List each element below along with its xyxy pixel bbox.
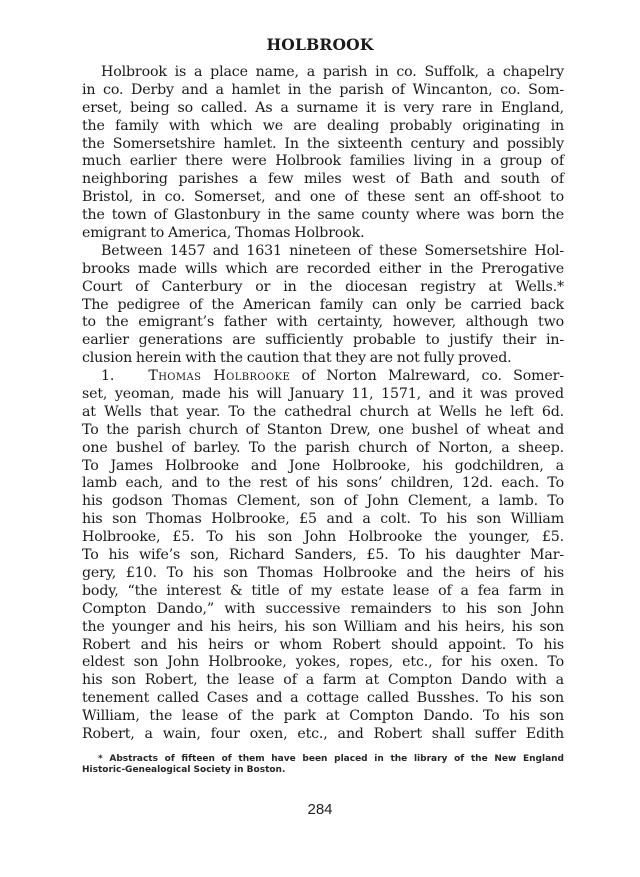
- text-line: the younger and his heirs, his son Willi…: [82, 619, 564, 637]
- text-line: To the parish church of Stanton Drew, on…: [82, 422, 564, 440]
- text-line: his son Robert, the lease of a farm at C…: [82, 672, 564, 690]
- text-line: his godson Thomas Clement, son of John C…: [82, 493, 564, 511]
- text-line: emigrant to America, Thomas Holbrook.: [82, 225, 564, 243]
- text-line: To his wife’s son, Richard Sanders, £5. …: [82, 547, 564, 565]
- paragraph-wills: Between 1457 and 1631 nineteen of these …: [82, 243, 564, 368]
- text-line: eldest son John Holbrooke, yokes, ropes,…: [82, 654, 564, 672]
- text-line: set, yeoman, made his will January 11, 1…: [82, 386, 564, 404]
- text-line: The pedigree of the American family can …: [82, 297, 564, 315]
- text-line: earlier generations are sufficiently pro…: [82, 332, 564, 350]
- text-line: to the emigrant’s father with certainty,…: [82, 314, 564, 332]
- paragraph-intro: Holbrook is a place name, a parish in co…: [82, 64, 564, 243]
- text-line: Holbrooke, £5. To his son John Holbrooke…: [82, 529, 564, 547]
- text-line: the family with which we are dealing pro…: [82, 118, 564, 136]
- text-line: at Wells that year. To the cathedral chu…: [82, 404, 564, 422]
- text-line: brooks made wills which are recorded eit…: [82, 261, 564, 279]
- text-line: William, the lease of the park at Compto…: [82, 708, 564, 726]
- entry-first-line-rest: of Norton Malreward, co. Somer-: [302, 368, 564, 384]
- text-line: Robert and his heirs or whom Robert shou…: [82, 637, 564, 655]
- text-line: erset, being so called. As a surname it …: [82, 100, 564, 118]
- text-line: neighboring parishes a few miles west of…: [82, 171, 564, 189]
- text-line: tenement called Cases and a cottage call…: [82, 690, 564, 708]
- footnote-line: * Abstracts of fifteen of them have been…: [82, 754, 564, 765]
- page-title: HOLBROOK: [0, 35, 640, 54]
- text-line: his son Thomas Holbrooke, £5 and a colt.…: [82, 511, 564, 529]
- text-line: much earlier there were Holbrook familie…: [82, 153, 564, 171]
- text-line: Robert, a wain, four oxen, etc., and Rob…: [82, 726, 564, 744]
- page-number: 284: [0, 801, 640, 818]
- entry-heading-line: 1. Thomas Holbrooke of Norton Malreward,…: [82, 368, 564, 386]
- text-line: one bushel of barley. To the parish chur…: [82, 440, 564, 458]
- text-line: Bristol, in co. Somerset, and one of the…: [82, 189, 564, 207]
- text-line: clusion herein with the caution that the…: [82, 350, 564, 368]
- text-line: the town of Glastonbury in the same coun…: [82, 207, 564, 225]
- entry-thomas-holbrooke: 1. Thomas Holbrooke of Norton Malreward,…: [82, 368, 564, 744]
- footnote: * Abstracts of fifteen of them have been…: [82, 754, 564, 776]
- text-line: To James Holbrooke and Jone Holbrooke, h…: [82, 458, 564, 476]
- text-line: body, “the interest & title of my estate…: [82, 583, 564, 601]
- text-line: gery, £10. To his son Thomas Holbrooke a…: [82, 565, 564, 583]
- text-line: Between 1457 and 1631 nineteen of these …: [82, 243, 564, 261]
- footnote-line: Historic-Genealogical Society in Boston.: [82, 765, 564, 776]
- text-line: lamb each, and to the rest of his sons’ …: [82, 475, 564, 493]
- text-line: Holbrook is a place name, a parish in co…: [82, 64, 564, 82]
- entry-name: Thomas Holbrooke: [148, 368, 290, 384]
- body-text: Holbrook is a place name, a parish in co…: [82, 64, 564, 744]
- text-line: the Somersetshire hamlet. In the sixteen…: [82, 136, 564, 154]
- text-line: Court of Canterbury or in the diocesan r…: [82, 279, 564, 297]
- text-line: Compton Dando,” with successive remainde…: [82, 601, 564, 619]
- text-line: in co. Derby and a hamlet in the parish …: [82, 82, 564, 100]
- entry-number: 1.: [101, 368, 114, 384]
